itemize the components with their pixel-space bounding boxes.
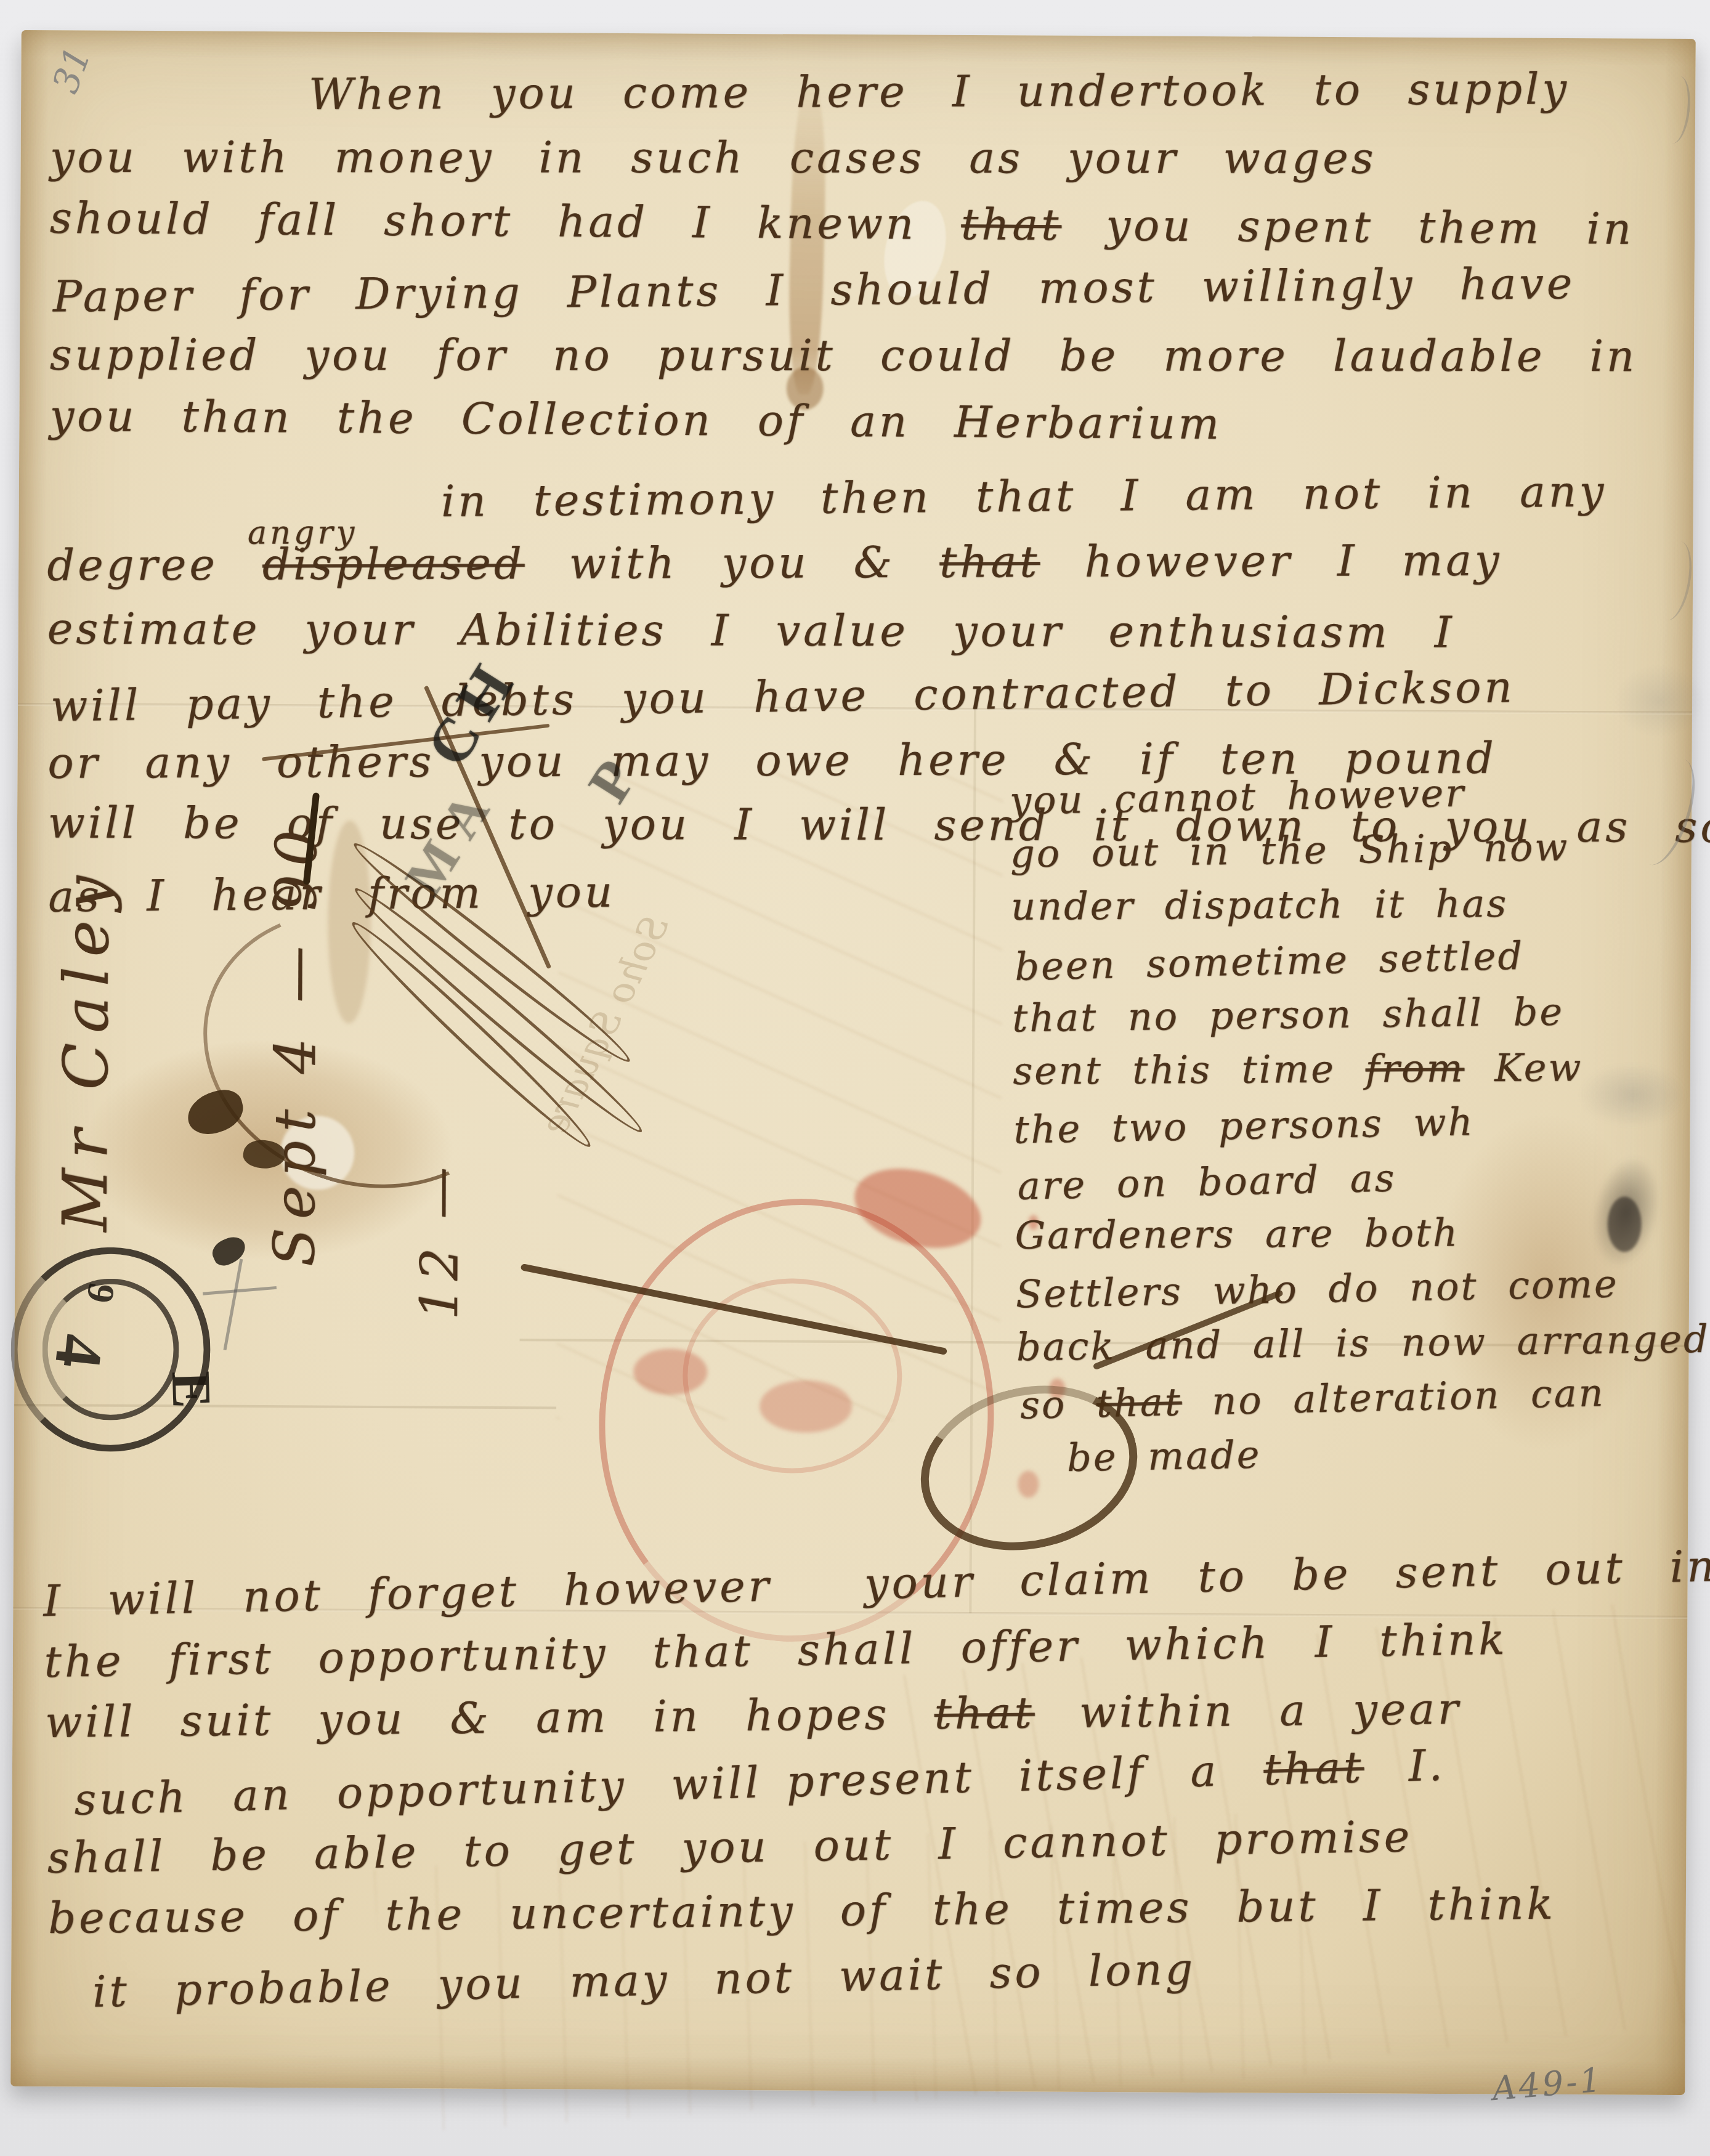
struck-word: from	[1365, 1045, 1464, 1091]
struck-word: that	[1263, 1742, 1364, 1795]
handwritten-line: you cannot however	[1009, 761, 1710, 828]
text-segment: should fall short had I knewn	[50, 193, 962, 249]
text-segment: Gardeners are both	[1015, 1210, 1459, 1257]
text-segment: Paper for Drying Plants I should most wi…	[52, 258, 1575, 322]
handwritten-line: sent this time from Kew	[1013, 1039, 1710, 1098]
catalog-mark-pencil: A49-1	[1491, 2061, 1605, 2109]
text-segment: estimate your Abilities I value your ent…	[47, 604, 1455, 658]
handwritten-line: Settlers who do not come	[1015, 1254, 1710, 1321]
text-segment: you spent them in	[1061, 200, 1634, 254]
text-segment: you than the Collection of an Herbarium	[49, 391, 1222, 449]
paragraph-opening: When you come here I undertook to supply…	[50, 59, 1683, 455]
handwritten-line: degree angrydispleased with you & that h…	[47, 527, 1679, 601]
text-segment: the two persons wh	[1013, 1099, 1475, 1152]
text-segment: within a year	[1034, 1684, 1461, 1738]
struck-word: that	[961, 199, 1062, 250]
text-segment: supplied you for no pursuit could be mor…	[50, 330, 1637, 381]
datestamp-letter: E	[159, 1370, 224, 1409]
black-circular-datestamp: 9 4 E	[10, 1247, 211, 1453]
text-segment: you with money in such cases as your wag…	[50, 132, 1377, 184]
handwritten-line: Paper for Drying Plants I should most wi…	[52, 249, 1685, 330]
text-segment: under dispatch it has	[1011, 881, 1508, 929]
handwritten-line: go out in the Ship now	[1010, 817, 1710, 881]
docket-number: 12 —	[409, 1161, 470, 1320]
handwritten-line: Gardeners are both	[1015, 1204, 1710, 1263]
text-segment: Kew	[1464, 1045, 1583, 1090]
text-segment: you cannot however	[1009, 771, 1465, 824]
handwritten-line: supplied you for no pursuit could be mor…	[50, 322, 1682, 389]
text-segment: sent this time	[1013, 1046, 1366, 1093]
text-segment: been sometime settled	[1015, 933, 1525, 989]
handwritten-line: you than the Collection of an Herbarium	[49, 383, 1682, 460]
handwritten-line: should fall short had I knewn that you s…	[50, 185, 1683, 262]
text-segment: with you &	[524, 537, 939, 589]
struck-word: that	[934, 1688, 1035, 1740]
text-segment: back and all is now arranged	[1016, 1316, 1710, 1370]
paragraph-ship-column: you cannot howevergo out in the Ship now…	[1009, 763, 1710, 1484]
paragraph-closing: I will not forget however your claim to …	[43, 1538, 1694, 2021]
docket-addressee: Mr Caley	[49, 865, 123, 1231]
text-segment: will pay the debts you have contracted t…	[51, 662, 1515, 731]
text-segment: in testimony then that I am not in any	[441, 466, 1607, 527]
text-segment: I.	[1363, 1740, 1446, 1792]
text-segment: will suit you & am in hopes	[45, 1688, 934, 1748]
text-segment: When you come here I undertook to supply	[309, 63, 1570, 120]
text-segment: no alteration can	[1181, 1370, 1605, 1424]
struck-word: that	[939, 537, 1040, 588]
text-segment: degree	[47, 539, 262, 590]
red-postmark-blotch	[760, 1380, 852, 1433]
handwritten-line: When you come here I undertook to supply	[50, 55, 1682, 129]
handwritten-line: estimate your Abilities I value your ent…	[47, 597, 1680, 666]
text-segment: Settlers who do not come	[1015, 1261, 1619, 1316]
text-segment: go out in the Ship now	[1010, 824, 1570, 876]
red-postmark-blotch	[633, 1348, 707, 1395]
text-segment: however I may	[1040, 535, 1502, 587]
handwritten-line: under dispatch it has	[1011, 875, 1710, 934]
text-segment: are on board as	[1017, 1155, 1396, 1208]
letter-page: Soho Square When you come here I underto…	[10, 30, 1695, 2095]
scan-backdrop: Soho Square When you come here I underto…	[0, 0, 1710, 2156]
text-segment: that no person shall be	[1012, 989, 1564, 1040]
handwritten-line: you with money in such cases as your wag…	[50, 124, 1682, 192]
